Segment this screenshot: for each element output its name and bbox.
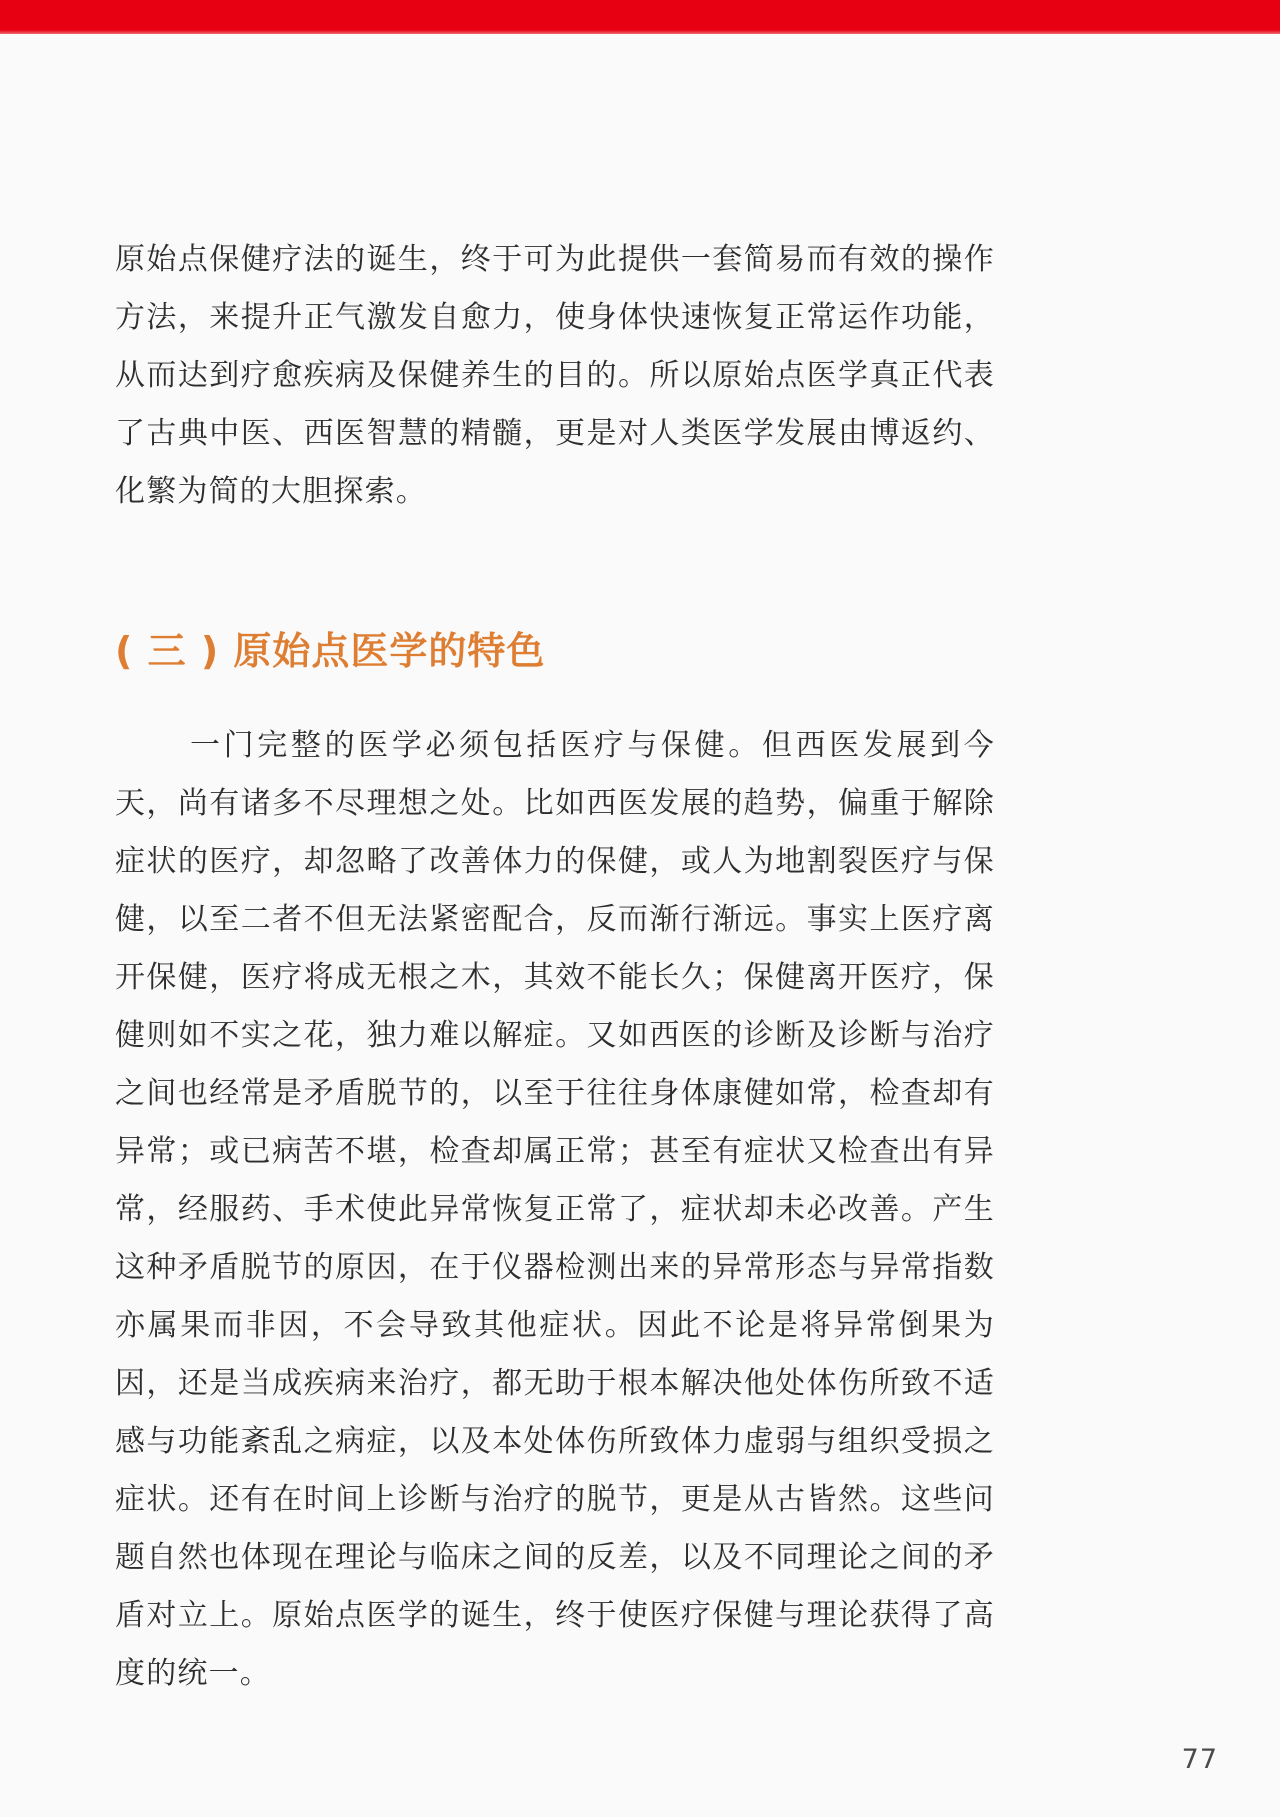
page-number: 77: [1182, 1745, 1218, 1775]
document-page: 原始点保健疗法的诞生，终于可为此提供一套简易而有效的操作方法，来提升正气激发自愈…: [0, 0, 1280, 1817]
paragraph-intro: 原始点保健疗法的诞生，终于可为此提供一套简易而有效的操作方法，来提升正气激发自愈…: [115, 231, 995, 521]
paragraph-body: 一门完整的医学必须包括医疗与保健。但西医发展到今天，尚有诸多不尽理想之处。比如西…: [115, 717, 995, 1703]
page-content: 原始点保健疗法的诞生，终于可为此提供一套简易而有效的操作方法，来提升正气激发自愈…: [115, 231, 995, 1703]
header-red-bar: [0, 0, 1280, 34]
section-heading: ( 三 ) 原始点医学的特色: [115, 621, 995, 681]
